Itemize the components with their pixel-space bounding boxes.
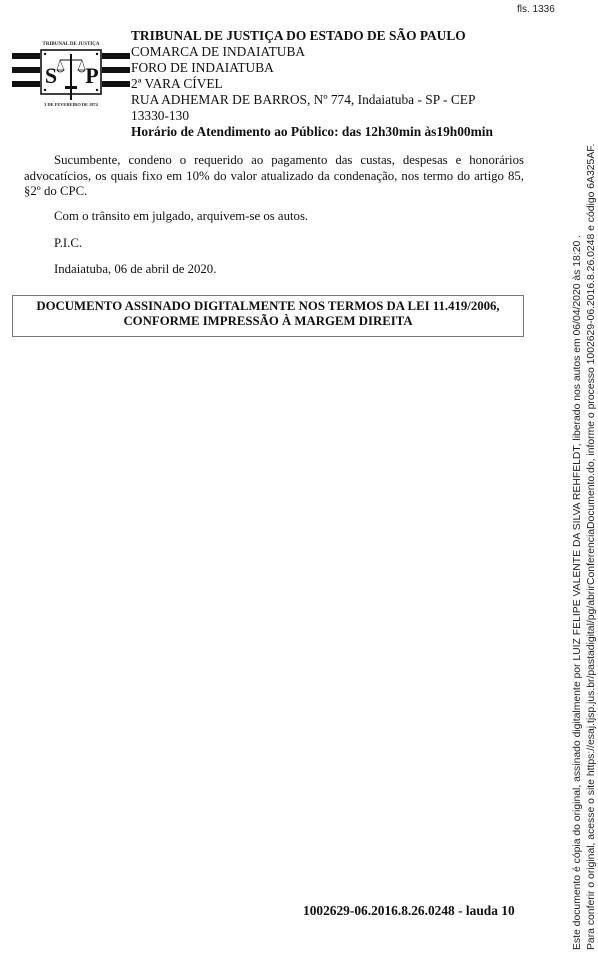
district-name: COMARCA DE INDAIATUBA: [131, 44, 493, 60]
paragraph-pic: P.I.C.: [54, 236, 82, 251]
side-margin-authentication: Este documento é cópia do original, assi…: [571, 138, 598, 950]
court-division: 2ª VARA CÍVEL: [131, 76, 493, 92]
forum-name: FORO DE INDAIATUBA: [131, 60, 493, 76]
svg-text:TRIBUNAL DE JUSTIÇA: TRIBUNAL DE JUSTIÇA: [43, 42, 100, 47]
paragraph-costs: Sucumbente, condeno o requerido ao pagam…: [24, 153, 524, 200]
side-margin-line-1: Este documento é cópia do original, assi…: [571, 138, 585, 950]
postal-code: 13330-130: [131, 108, 493, 124]
side-margin-line-2: Para conferir o original, acesse o site …: [585, 138, 598, 950]
office-hours: Horário de Atendimento ao Público: das 1…: [131, 124, 493, 140]
svg-text:P: P: [85, 63, 98, 88]
svg-text:3 DE FEVEREIRO DE 1874: 3 DE FEVEREIRO DE 1874: [44, 102, 98, 107]
court-header: TRIBUNAL DE JUSTIÇA DO ESTADO DE SÃO PAU…: [131, 28, 493, 140]
page-number: fls. 1336: [517, 4, 555, 15]
court-logo: TRIBUNAL DE JUSTIÇA S P 3 DE FEVEREIRO D…: [12, 36, 130, 110]
signature-notice-line-1: DOCUMENTO ASSINADO DIGITALMENTE NOS TERM…: [13, 299, 523, 314]
date-line: Indaiatuba, 06 de abril de 2020.: [54, 262, 216, 277]
svg-text:S: S: [45, 63, 57, 88]
case-reference: 1002629-06.2016.8.26.0248 - lauda 10: [303, 903, 515, 919]
scales-of-justice-icon: TRIBUNAL DE JUSTIÇA S P 3 DE FEVEREIRO D…: [12, 36, 130, 110]
court-name: TRIBUNAL DE JUSTIÇA DO ESTADO DE SÃO PAU…: [131, 28, 493, 44]
digital-signature-notice: DOCUMENTO ASSINADO DIGITALMENTE NOS TERM…: [12, 295, 524, 337]
court-address: RUA ADHEMAR DE BARROS, Nº 774, Indaiatub…: [131, 92, 493, 108]
signature-notice-line-2: CONFORME IMPRESSÃO À MARGEM DIREITA: [13, 314, 523, 329]
paragraph-archive: Com o trânsito em julgado, arquivem-se o…: [54, 209, 308, 224]
